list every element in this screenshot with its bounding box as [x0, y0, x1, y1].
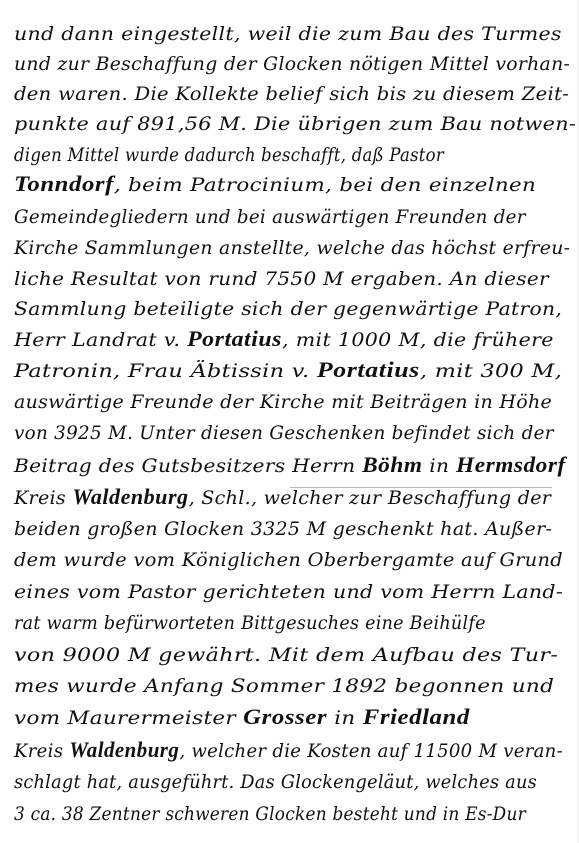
manuscript-line: von 3925 M. Unter diesen Geschenken befi… [14, 421, 554, 445]
manuscript-line: Herr Landrat v. Portatius, mit 1000 M, d… [14, 327, 554, 352]
manuscript-line: schlagt hat, ausgeführt. Das Glockengelä… [14, 770, 537, 794]
manuscript-line: eines vom Pastor gerichteten und vom Her… [14, 580, 563, 604]
manuscript-line: digen Mittel wurde dadurch beschafft, da… [14, 143, 444, 167]
pencil-underline-mark [290, 487, 552, 488]
proper-name-latin-script: Waldenburg [72, 484, 188, 509]
manuscript-line: liche Resultat von rund 7550 M ergaben. … [14, 267, 549, 291]
manuscript-line: mes wurde Anfang Sommer 1892 begonnen un… [14, 674, 554, 698]
line-segment: , welcher die Kosten auf 11500 M veran- [179, 740, 563, 762]
manuscript-line: beiden großen Glocken 3325 M geschenkt h… [14, 517, 552, 541]
line-segment: , Schl., welcher zur Beschaffung der [189, 487, 552, 509]
manuscript-line: Kreis Waldenburg, Schl., welcher zur Bes… [14, 485, 551, 510]
proper-name-latin-script: Friedland [363, 704, 470, 729]
manuscript-line: und zur Beschaffung der Glocken nötigen … [14, 52, 570, 76]
manuscript-line: rat warm befürworteten Bittgesuches eine… [14, 611, 486, 635]
manuscript-line: Patronin, Frau Äbtissin v. Portatius, mi… [14, 358, 562, 383]
line-segment: Patronin, Frau Äbtissin v. [14, 360, 317, 382]
line-segment: vom Maurermeister [14, 707, 243, 729]
manuscript-line: Kreis Waldenburg, welcher die Kosten auf… [14, 738, 563, 763]
proper-name-latin-script: Böhm [362, 452, 422, 477]
manuscript-line: Sammlung beteiligte sich der gegenwärtig… [14, 297, 562, 321]
manuscript-line: auswärtige Freunde der Kirche mit Beiträ… [14, 390, 552, 414]
manuscript-line: Kirche Sammlungen anstellte, welche das … [14, 236, 570, 260]
line-segment: in [327, 707, 363, 729]
manuscript-line: punkte auf 891,56 M. Die übrigen zum Bau… [14, 112, 576, 136]
manuscript-line: dem wurde vom Königlichen Oberbergamte a… [14, 548, 563, 572]
manuscript-line: 3 ca. 38 Zentner schweren Glocken besteh… [14, 802, 526, 826]
proper-name-latin-script: Portatius [187, 326, 282, 351]
manuscript-line: den waren. Die Kollekte belief sich bis … [14, 82, 569, 106]
line-segment: , beim Patrocinium, bei den einzelnen [114, 174, 536, 196]
line-segment: Beitrag des Gutsbesitzers Herrn [14, 455, 362, 477]
manuscript-line: von 9000 M gewährt. Mit dem Aufbau des T… [14, 643, 558, 667]
manuscript-line: und dann eingestellt, weil die zum Bau d… [14, 22, 562, 46]
manuscript-page: und dann eingestellt, weil die zum Bau d… [0, 0, 579, 843]
line-segment: Kreis [14, 740, 69, 762]
manuscript-line: Beitrag des Gutsbesitzers Herrn Böhm in … [14, 453, 566, 478]
proper-name-latin-script: Grosser [243, 704, 327, 729]
proper-name-latin-script: Tonndorf [14, 171, 114, 196]
line-segment: , mit 300 M, [420, 360, 562, 382]
line-segment: in [423, 455, 456, 477]
manuscript-line: Tonndorf, beim Patrocinium, bei den einz… [14, 172, 536, 197]
proper-name-latin-script: Hermsdorf [456, 452, 566, 477]
line-segment: Herr Landrat v. [14, 329, 187, 351]
line-segment: Kreis [14, 487, 72, 509]
proper-name-latin-script: Portatius [317, 357, 420, 382]
manuscript-line: vom Maurermeister Grosser in Friedland [14, 705, 470, 730]
proper-name-latin-script: Waldenburg [69, 737, 179, 762]
manuscript-line: Gemeindegliedern und bei auswärtigen Fre… [14, 205, 526, 229]
line-segment: , mit 1000 M, die frühere [282, 329, 554, 351]
